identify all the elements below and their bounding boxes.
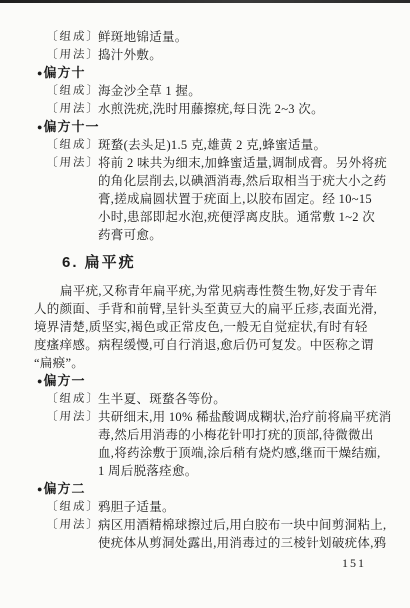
bullet-icon: ● — [37, 118, 42, 136]
entry-text: 鸦胆子适量。 — [98, 498, 376, 516]
recipe-entry: 〔组成〕鸦胆子适量。 — [34, 498, 376, 516]
scan-top-edge — [0, 0, 410, 3]
entry-text-line: 使疣体从剪洞处露出,用消毒过的三棱针划破疣体,鸦 — [98, 534, 376, 552]
entry-text: 生半夏、斑蝥各等份。 — [98, 390, 376, 408]
entry-label: 〔用法〕 — [45, 154, 98, 172]
paragraph-line: 度瘙痒感。病程缓慢,可自行消退,愈后仍可复发。中医称之谓 — [34, 336, 376, 354]
paragraph-line: 境界清楚,质坚实,褐色或正常皮色,一般无自觉症状,有时有轻 — [34, 318, 376, 336]
bullet-icon: ● — [37, 372, 42, 390]
entry-text-line: 海金沙全草 1 握。 — [98, 82, 376, 100]
bullet-icon: ● — [37, 64, 42, 82]
entry-text-line: 生半夏、斑蝥各等份。 — [98, 390, 376, 408]
recipe-entry: 〔组成〕海金沙全草 1 握。 — [34, 82, 376, 100]
recipe-entry: 〔用法〕将前 2 味共为细末,加蜂蜜适量,调制成膏。另外将疣的角化层削去,以碘酒… — [34, 154, 376, 244]
recipe-entry: 〔用法〕水煎洗疣,洗时用藤擦疣,每日洗 2~3 次。 — [34, 100, 376, 118]
remedy-title: 偏方十一 — [43, 118, 99, 136]
entry-text: 鲜斑地锦适量。 — [98, 28, 376, 46]
page-number: 151 — [0, 552, 410, 571]
remedy-bullet-item: ●偏方一 — [37, 372, 376, 390]
remedy-title: 偏方一 — [43, 372, 85, 390]
section-heading: 6. 扁平疣 — [62, 253, 376, 273]
recipe-entry: 〔组成〕斑蝥(去头足)1.5 克,雄黄 2 克,蜂蜜适量。 — [34, 136, 376, 154]
entry-text-line: 毒,然后用消毒的小梅花针叩打疣的顶部,待微微出 — [98, 426, 376, 444]
paragraph-line: 人的颜面、手背和前臂,呈针头至黄豆大的扁平丘疹,表面光滑, — [34, 300, 376, 318]
entry-text: 斑蝥(去头足)1.5 克,雄黄 2 克,蜂蜜适量。 — [98, 136, 376, 154]
recipe-entry: 〔用法〕共研细末,用 10% 稀盐酸调成糊状,治疗前将扁平疣消毒,然后用消毒的小… — [34, 408, 376, 480]
entry-text-line: 捣汁外敷。 — [98, 46, 376, 64]
entry-label: 〔组成〕 — [45, 390, 98, 408]
page-content: 〔组成〕鲜斑地锦适量。〔用法〕捣汁外敷。●偏方十〔组成〕海金沙全草 1 握。〔用… — [0, 0, 410, 552]
entry-text-line: 膏,搓成扁圆状置于疣面上,以胶布固定。经 10~15 — [98, 190, 376, 208]
recipe-entry: 〔组成〕生半夏、斑蝥各等份。 — [34, 390, 376, 408]
entry-label: 〔组成〕 — [45, 82, 98, 100]
entry-text-line: 药膏可愈。 — [98, 226, 376, 244]
entry-text-line: 的角化层削去,以碘酒消毒,然后取相当于疣大小之药 — [98, 172, 376, 190]
entry-label: 〔组成〕 — [45, 498, 98, 516]
remedy-title: 偏方十 — [43, 64, 85, 82]
entry-text-line: 共研细末,用 10% 稀盐酸调成糊状,治疗前将扁平疣消 — [98, 408, 376, 426]
entry-label: 〔用法〕 — [45, 516, 98, 534]
entry-text-line: 小时,患部即起水泡,疣便浮离皮肤。通常敷 1~2 次 — [98, 208, 376, 226]
entry-text: 水煎洗疣,洗时用藤擦疣,每日洗 2~3 次。 — [98, 100, 376, 118]
paragraph-line: 扁平疣,又称青年扁平疣,为常见病毒性赘生物,好发于青年 — [34, 282, 376, 300]
remedy-bullet-item: ●偏方十 — [37, 64, 376, 82]
entry-text-line: 斑蝥(去头足)1.5 克,雄黄 2 克,蜂蜜适量。 — [98, 136, 376, 154]
entry-label: 〔用法〕 — [45, 408, 98, 426]
recipe-entry: 〔用法〕病区用酒精棉球擦过后,用白胶布一块中间剪洞粘上,使疣体从剪洞处露出,用消… — [34, 516, 376, 552]
recipe-entry: 〔组成〕鲜斑地锦适量。 — [34, 28, 376, 46]
remedy-title: 偏方二 — [43, 480, 85, 498]
remedy-bullet-item: ●偏方十一 — [37, 118, 376, 136]
paragraph-line: “扁瘊”。 — [34, 354, 376, 372]
entry-label: 〔组成〕 — [45, 136, 98, 154]
entry-text-line: 1 周后脱落痊愈。 — [98, 462, 376, 480]
entry-text: 捣汁外敷。 — [98, 46, 376, 64]
entry-text-line: 病区用酒精棉球擦过后,用白胶布一块中间剪洞粘上, — [98, 516, 376, 534]
entry-label: 〔组成〕 — [45, 28, 98, 46]
book-page: 〔组成〕鲜斑地锦适量。〔用法〕捣汁外敷。●偏方十〔组成〕海金沙全草 1 握。〔用… — [0, 0, 410, 608]
intro-paragraph: 扁平疣,又称青年扁平疣,为常见病毒性赘生物,好发于青年人的颜面、手背和前臂,呈针… — [34, 282, 376, 372]
entry-label: 〔用法〕 — [45, 46, 98, 64]
entry-text: 将前 2 味共为细末,加蜂蜜适量,调制成膏。另外将疣的角化层削去,以碘酒消毒,然… — [98, 154, 376, 244]
entry-text: 共研细末,用 10% 稀盐酸调成糊状,治疗前将扁平疣消毒,然后用消毒的小梅花针叩… — [98, 408, 376, 480]
entry-text-line: 鸦胆子适量。 — [98, 498, 376, 516]
entry-label: 〔用法〕 — [45, 100, 98, 118]
entry-text: 海金沙全草 1 握。 — [98, 82, 376, 100]
entry-text-line: 水煎洗疣,洗时用藤擦疣,每日洗 2~3 次。 — [98, 100, 376, 118]
entry-text-line: 血,将药涂敷于顶端,涂后稍有烧灼感,继而干燥结痂, — [98, 444, 376, 462]
entry-text-line: 将前 2 味共为细末,加蜂蜜适量,调制成膏。另外将疣 — [98, 154, 376, 172]
remedy-bullet-item: ●偏方二 — [37, 480, 376, 498]
recipe-entry: 〔用法〕捣汁外敷。 — [34, 46, 376, 64]
entry-text-line: 鲜斑地锦适量。 — [98, 28, 376, 46]
bullet-icon: ● — [37, 480, 42, 498]
entry-text: 病区用酒精棉球擦过后,用白胶布一块中间剪洞粘上,使疣体从剪洞处露出,用消毒过的三… — [98, 516, 376, 552]
